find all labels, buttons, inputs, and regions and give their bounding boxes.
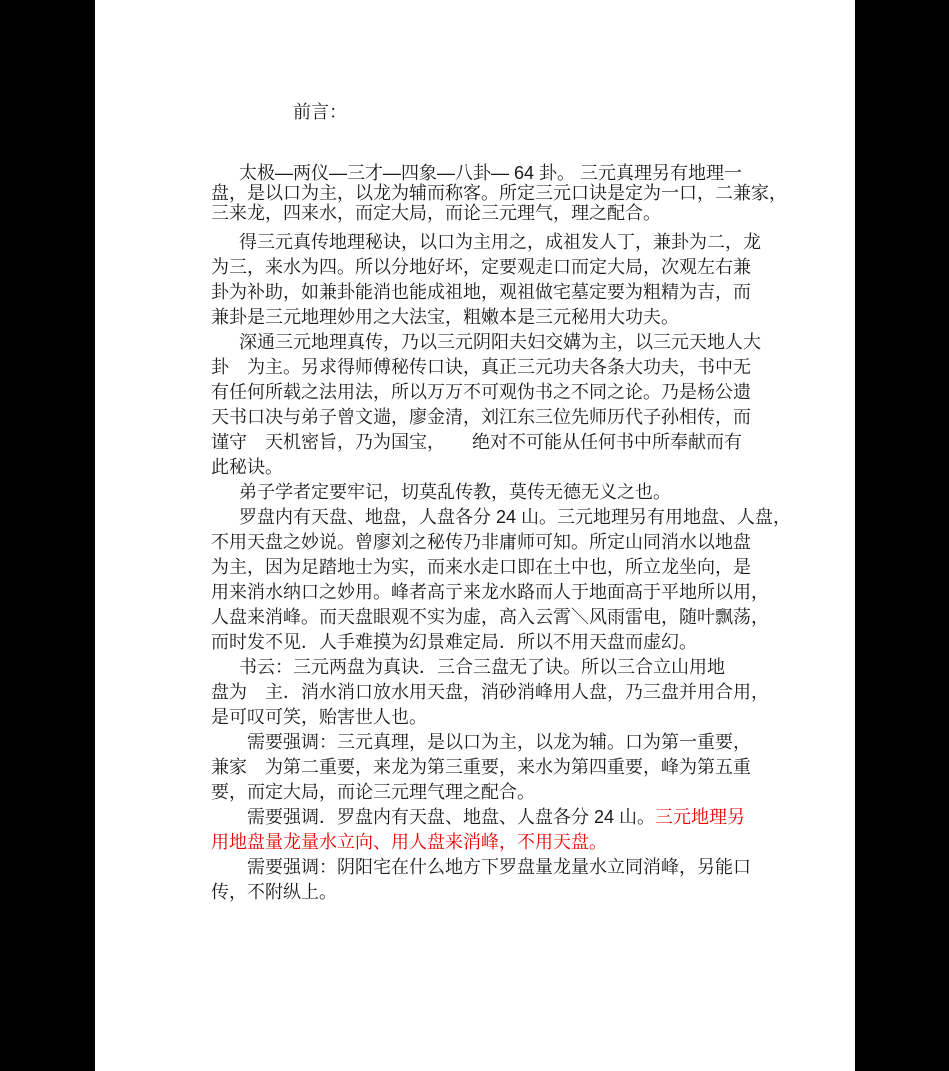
paragraph-emphasis-luopan: 需要强调．罗盘内有天盘、地盘、人盘各分 24 山。三元地理另 用地盘量龙量水立向… [211, 805, 807, 855]
text-column: 前言： 太极—两仪—三才—四象—八卦— 64 卦。 三元真理另有地理一 盘，是以… [211, 0, 807, 905]
paragraph-disciple-warning: 弟子学者定要牢记，切莫乱传教，莫传无德无义之也。 [211, 480, 807, 505]
paragraph-emphasis-truth: 需要强调：三元真理，是以口为主，以龙为辅。口为第一重要， 兼家 为第二重要，来龙… [211, 730, 807, 805]
paragraph-luopan-plates: 罗盘内有天盘、地盘，人盘各分 24 山。三元地理另有用地盘、人盘， 不用天盘之妙… [211, 505, 807, 655]
emphasis-black-text: 需要强调．罗盘内有天盘、地盘、人盘各分 24 山。 [247, 807, 655, 827]
paragraph-emphasis-yinyang: 需要强调：阴阳宅在什么地方下罗盘量龙量水立同消峰，另能口 传，不附纵上。 [211, 855, 807, 905]
document-page: 前言： 太极—两仪—三才—四象—八卦— 64 卦。 三元真理另有地理一 盘，是以… [95, 0, 855, 1071]
paragraph-true-transmission: 深通三元地理真传，乃以三元阴阳夫妇交媾为主，以三元天地人大 卦 为主。另求得师傅… [211, 330, 807, 480]
paragraph-book-quote: 书云：三元两盘为真诀．三合三盘无了诀。所以三合立山用地 盘为 主．消水消口放水用… [211, 655, 807, 730]
paragraph-secret-formula: 得三元真传地理秘诀，以口为主用之，成祖发人丁，兼卦为二，龙 为三，来水为四。所以… [211, 230, 807, 330]
page-title: 前言： [293, 102, 807, 122]
paragraph-taiji-overview: 太极—两仪—三才—四象—八卦— 64 卦。 三元真理另有地理一 盘，是以口为主，… [211, 163, 807, 223]
